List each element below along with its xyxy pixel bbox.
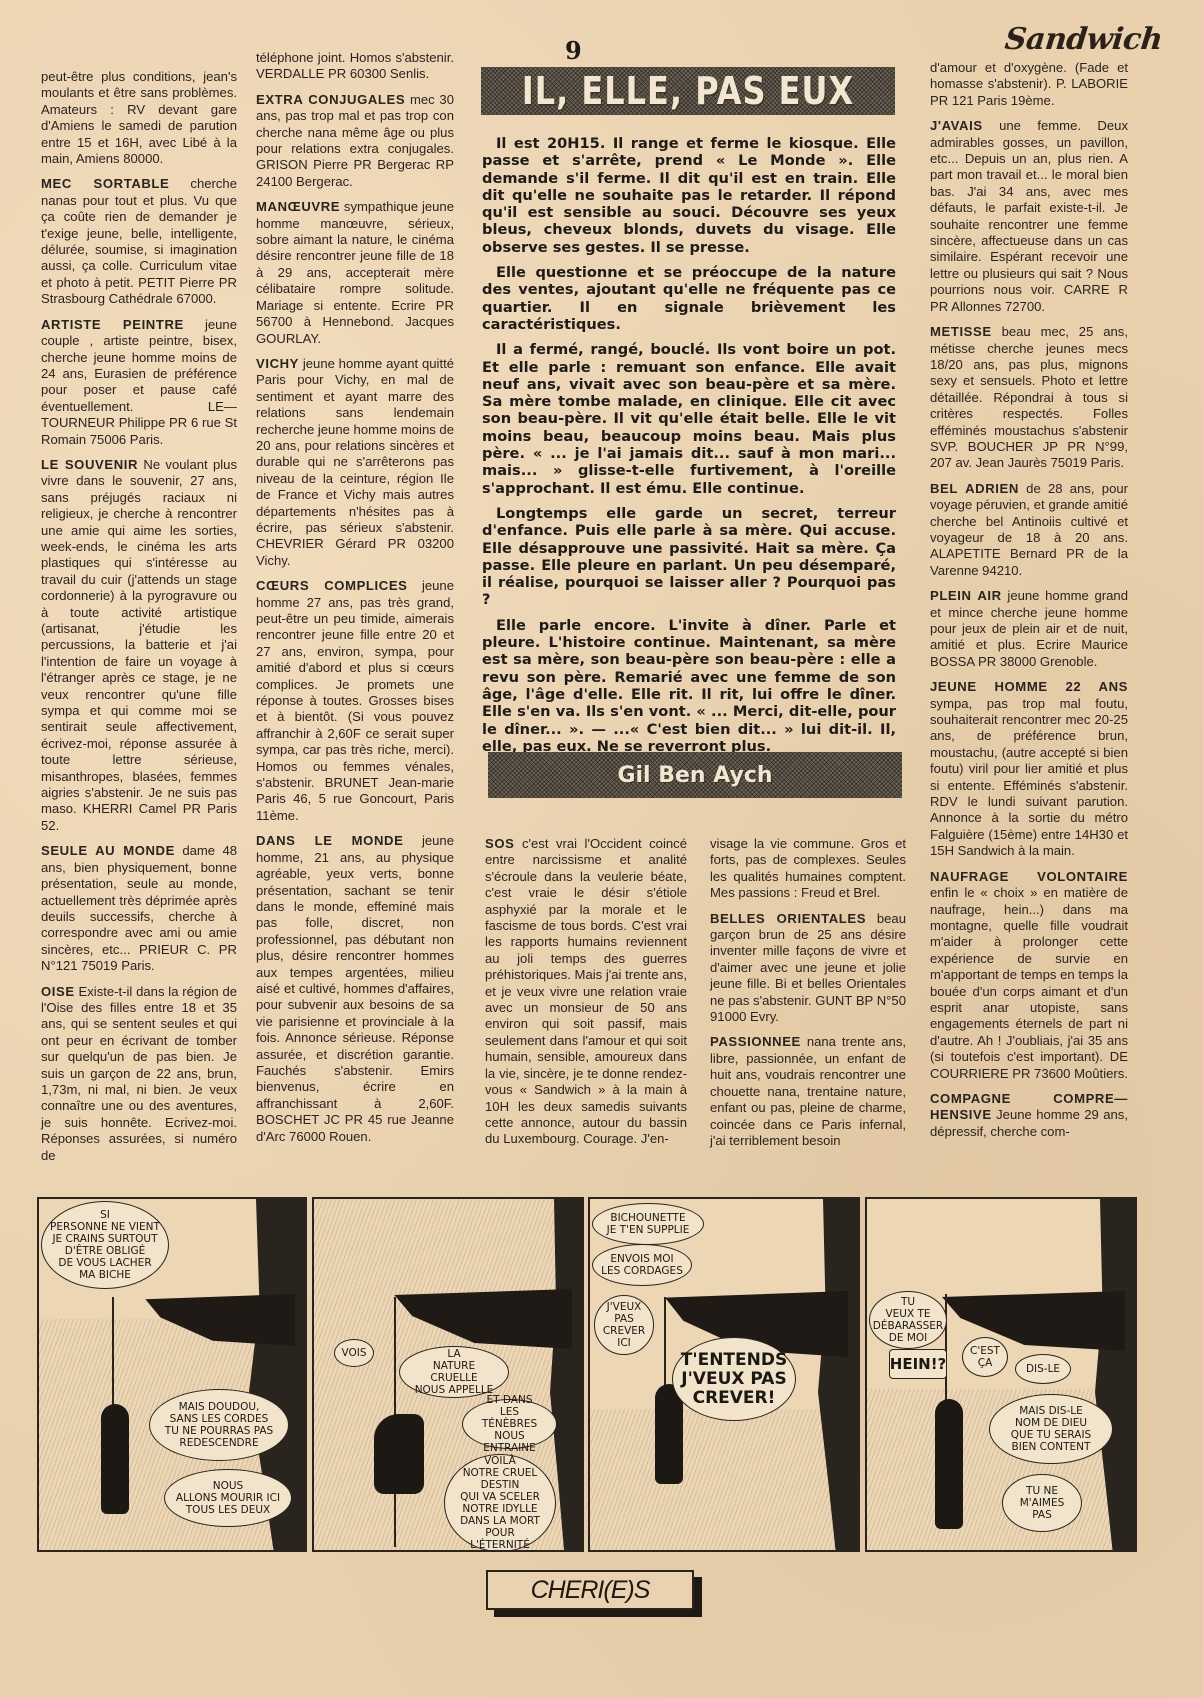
hanging-insect-character	[101, 1404, 129, 1514]
classified-ad: PLEIN AIR jeune homme grand et mince che…	[930, 588, 1128, 670]
story-paragraph: Il est 20H15. Il range et ferme le kiosq…	[482, 135, 896, 256]
classified-ad: PASSIONNEE nana trente ans, libre, passi…	[710, 1034, 906, 1149]
classified-ad: MEC SORTABLE cherche nanas pour tout et …	[41, 176, 237, 307]
classified-ad: téléphone joint. Homos s'abstenir. VERDA…	[256, 50, 454, 83]
ad-keyword: PLEIN AIR	[930, 588, 1002, 603]
ad-keyword: SOS	[485, 836, 514, 851]
author-banner: Gil Ben Aych	[488, 752, 902, 798]
ad-text: beau mec, 25 ans, métisse cherche jeunes…	[930, 324, 1128, 470]
speech-bubble: TU VEUX TE DÉBARASSER DE MOI	[869, 1291, 947, 1349]
classifieds-column-3: SOS c'est vrai l'Occident coincé entre n…	[485, 836, 687, 1157]
ad-keyword: MANŒUVRE	[256, 199, 340, 214]
ad-text: Existe-t-il dans la région de l'Oise des…	[41, 984, 237, 1163]
speech-bubble: MAIS DOUDOU, SANS LES CORDES TU NE POURR…	[149, 1389, 289, 1461]
ad-text: téléphone joint. Homos s'abstenir. VERDA…	[256, 50, 454, 81]
ad-text: Ne voulant plus vivre dans le souvenir, …	[41, 457, 237, 833]
ad-text: c'est vrai l'Occident coincé entre narci…	[485, 836, 687, 1146]
climbing-insect-character	[374, 1414, 424, 1494]
ad-text: sympa, pas trop mal foutu, souhaiterait …	[930, 696, 1128, 859]
ad-keyword: LE SOUVENIR	[41, 457, 138, 472]
ad-text: jeune couple , artiste peintre, bisex, c…	[41, 317, 237, 447]
speech-bubble: J'VEUX PAS CREVER ICI	[594, 1295, 654, 1355]
ad-text: beau garçon brun de 25 ans désire invent…	[710, 911, 906, 1024]
ad-keyword: J'AVAIS	[930, 118, 983, 133]
comic-panel-3: BICHOUNETTE JE T'EN SUPPLIE ENVOIS MOI L…	[588, 1197, 860, 1552]
story-body: Il est 20H15. Il range et ferme le kiosq…	[482, 135, 896, 763]
speech-bubble: NOUS ALLONS MOURIR ICI TOUS LES DEUX	[164, 1469, 292, 1527]
section-label: CHERI(E)S	[486, 1570, 694, 1610]
story-title: IL, ELLE, PAS EUX	[522, 68, 854, 114]
rope-illustration	[112, 1297, 114, 1407]
ad-text: peut-être plus conditions, jean's moulan…	[41, 69, 237, 166]
classifieds-column-4: visage la vie commune. Gros et forts, pa…	[710, 836, 906, 1158]
ad-keyword: METISSE	[930, 324, 992, 339]
speech-bubble: ENVOIS MOI LES CORDAGES	[592, 1244, 692, 1286]
ad-keyword: NAUFRAGE VOLONTAIRE	[930, 869, 1128, 884]
story-paragraph: Elle questionne et se préoccupe de la na…	[482, 264, 896, 333]
story-paragraph: Il a fermé, rangé, bouclé. Ils vont boir…	[482, 341, 896, 497]
speech-bubble: SI PERSONNE NE VIENT JE CRAINS SURTOUT D…	[41, 1201, 169, 1289]
ad-text: nana trente ans, libre, passionnée, un e…	[710, 1034, 906, 1147]
classifieds-column-5: d'amour et d'oxygène. (Fade et homasse s…	[930, 60, 1128, 1149]
masthead-logo: Sandwich	[1003, 22, 1164, 57]
classified-ad: NAUFRAGE VOLONTAIRE enfin le « choix » e…	[930, 869, 1128, 1082]
speech-bubble: VOIS	[334, 1339, 374, 1367]
ad-keyword: ARTISTE PEINTRE	[41, 317, 184, 332]
rope-illustration	[664, 1297, 666, 1387]
classifieds-column-1: peut-être plus conditions, jean's moulan…	[41, 69, 237, 1173]
classified-ad: OISE Existe-t-il dans la région de l'Ois…	[41, 984, 237, 1164]
ad-keyword: OISE	[41, 984, 75, 999]
classified-ad: visage la vie commune. Gros et forts, pa…	[710, 836, 906, 902]
ad-text: enfin le « choix » en matière de naufrag…	[930, 885, 1128, 1080]
ad-text: d'amour et d'oxygène. (Fade et homasse s…	[930, 60, 1128, 108]
classified-ad: MANŒUVRE sympathique jeune homme manœuvr…	[256, 199, 454, 347]
classifieds-column-2: téléphone joint. Homos s'abstenir. VERDA…	[256, 50, 454, 1154]
classified-ad: SEULE AU MONDE dame 48 ans, bien physiqu…	[41, 843, 237, 974]
classified-ad: JEUNE HOMME 22 ANS sympa, pas trop mal f…	[930, 679, 1128, 859]
ad-text: une femme. Deux admirables gosses, un pa…	[930, 118, 1128, 313]
ad-text: sympathique jeune homme manœuvre, sérieu…	[256, 199, 454, 345]
ad-keyword: JEUNE HOMME 22 ANS	[930, 679, 1128, 694]
speech-bubble-shout: HEIN!?	[889, 1349, 947, 1379]
classified-ad: EXTRA CONJUGALES mec 30 ans, pas trop ma…	[256, 92, 454, 190]
ad-text: visage la vie commune. Gros et forts, pa…	[710, 836, 906, 900]
hatching-texture	[590, 1409, 858, 1550]
ad-text: jeune homme, 21 ans, au physique agréabl…	[256, 833, 454, 1143]
speech-bubble: TU NE M'AIMES PAS	[1002, 1474, 1082, 1532]
story-paragraph: Longtemps elle garde un secret, terreur …	[482, 505, 896, 609]
page-number: 9	[565, 36, 582, 65]
comic-strip: SI PERSONNE NE VIENT JE CRAINS SURTOUT D…	[37, 1197, 1137, 1552]
classified-ad: DANS LE MONDE jeune homme, 21 ans, au ph…	[256, 833, 454, 1145]
classified-ad: VICHY jeune homme ayant quitté Paris pou…	[256, 356, 454, 569]
classified-ad: SOS c'est vrai l'Occident coincé entre n…	[485, 836, 687, 1148]
ad-keyword: EXTRA CONJUGALES	[256, 92, 405, 107]
speech-bubble: DIS-LE	[1015, 1354, 1071, 1384]
ad-keyword: SEULE AU MONDE	[41, 843, 175, 858]
classified-ad: LE SOUVENIR Ne voulant plus vivre dans l…	[41, 457, 237, 834]
ad-text: jeune homme 27 ans, pas très grand, peut…	[256, 578, 454, 823]
ad-keyword: CŒURS COMPLICES	[256, 578, 408, 593]
ad-text: jeune homme ayant quitté Paris pour Vich…	[256, 356, 454, 568]
classified-ad: J'AVAIS une femme. Deux admirables gosse…	[930, 118, 1128, 315]
story-title-banner: IL, ELLE, PAS EUX	[481, 67, 895, 115]
speech-bubble: C'EST ÇA	[962, 1337, 1008, 1377]
classified-ad: BELLES ORIENTALES beau garçon brun de 25…	[710, 911, 906, 1026]
classified-ad: METISSE beau mec, 25 ans, métisse cherch…	[930, 324, 1128, 472]
classified-ad: d'amour et d'oxygène. (Fade et homasse s…	[930, 60, 1128, 109]
ad-keyword: BELLES ORIENTALES	[710, 911, 866, 926]
ad-text: dame 48 ans, bien physiquement, bonne pr…	[41, 843, 237, 973]
speech-bubble: LA NATURE CRUELLE NOUS APPELLE	[399, 1346, 509, 1398]
ad-keyword: VICHY	[256, 356, 299, 371]
ad-text: cherche nanas pour tout et plus. Vu que …	[41, 176, 237, 306]
ad-keyword: MEC SORTABLE	[41, 176, 169, 191]
speech-bubble-shout: T'ENTENDS J'VEUX PAS CREVER!	[672, 1337, 796, 1421]
story-author: Gil Ben Aych	[617, 763, 772, 788]
ad-keyword: DANS LE MONDE	[256, 833, 403, 848]
classified-ad: BEL ADRIEN de 28 ans, pour voyage péruvi…	[930, 481, 1128, 579]
classified-ad: COMPAGNE COMPRE—HENSIVE Jeune homme 29 a…	[930, 1091, 1128, 1140]
ad-keyword: BEL ADRIEN	[930, 481, 1019, 496]
ad-keyword: PASSIONNEE	[710, 1034, 801, 1049]
speech-bubble: BICHOUNETTE JE T'EN SUPPLIE	[592, 1203, 704, 1245]
comic-panel-2: VOIS LA NATURE CRUELLE NOUS APPELLE ET D…	[312, 1197, 584, 1552]
comic-panel-1: SI PERSONNE NE VIENT JE CRAINS SURTOUT D…	[37, 1197, 307, 1552]
speech-bubble: MAIS DIS-LE NOM DE DIEU QUE TU SERAIS BI…	[989, 1394, 1113, 1464]
hanging-insect-character	[935, 1399, 963, 1529]
speech-bubble: VOILÀ NOTRE CRUEL DESTIN QUI VA SCELER N…	[444, 1454, 556, 1552]
classified-ad: ARTISTE PEINTRE jeune couple , artiste p…	[41, 317, 237, 448]
story-paragraph: Elle parle encore. L'invite à dîner. Par…	[482, 617, 896, 755]
comic-panel-4: TU VEUX TE DÉBARASSER DE MOI HEIN!? C'ES…	[865, 1197, 1137, 1552]
classified-ad: CŒURS COMPLICES jeune homme 27 ans, pas …	[256, 578, 454, 824]
classified-ad: peut-être plus conditions, jean's moulan…	[41, 69, 237, 167]
speech-bubble: ET DANS LES TÉNÈBRES NOUS ENTRAINE	[462, 1399, 557, 1449]
